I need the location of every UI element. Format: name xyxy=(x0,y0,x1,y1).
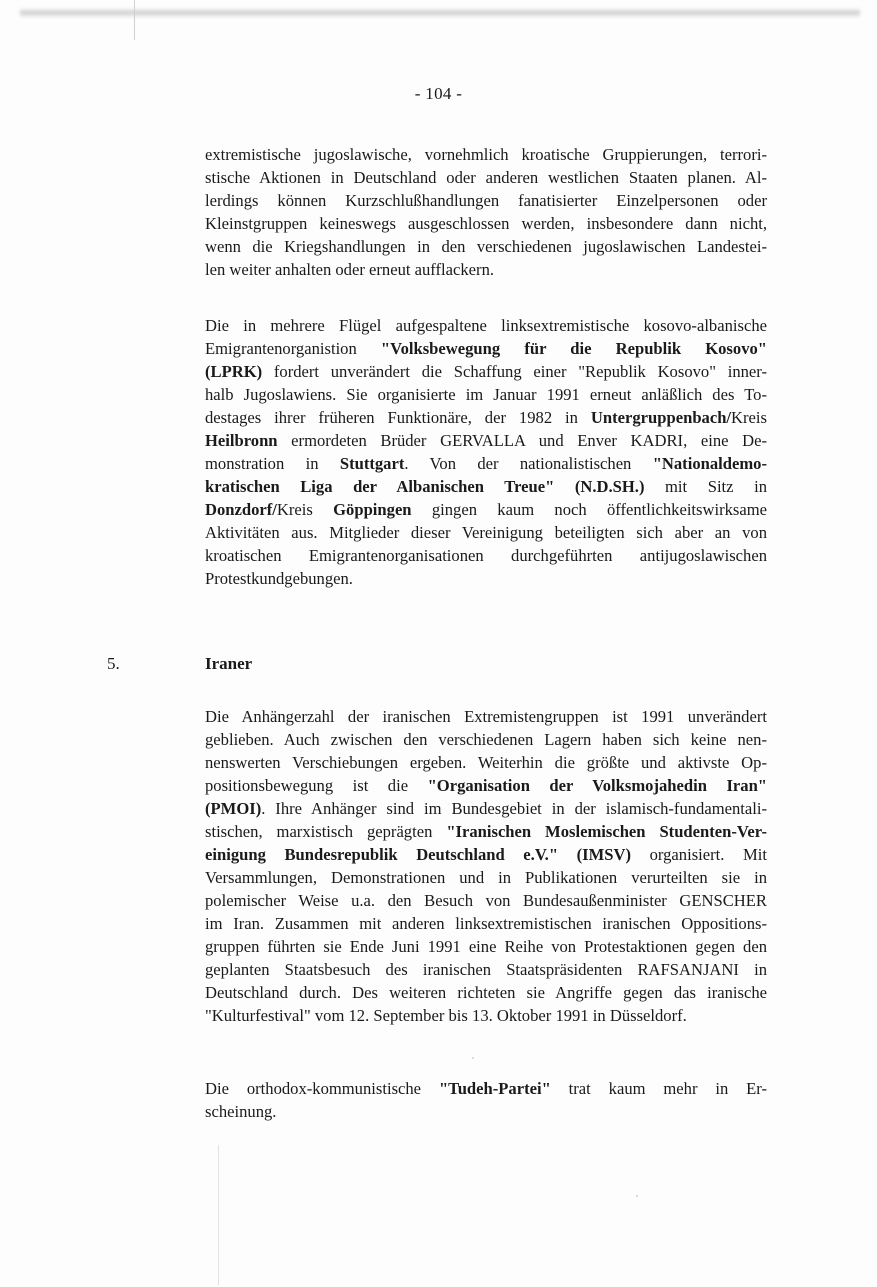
bold-term: "Nationaldemo- xyxy=(653,454,767,473)
text-run: stischen, marxistisch geprägten xyxy=(205,822,446,841)
text-line: kroatischen Emigrantenorganisationen dur… xyxy=(205,544,767,567)
text-line: (PMOI). Ihre Anhänger sind im Bundesgebi… xyxy=(205,797,767,820)
text-run: nenswerten Verschiebungen ergeben. Weite… xyxy=(205,753,767,772)
bold-term: Heilbronn xyxy=(205,431,278,450)
text-run: polemischer Weise u.a. den Besuch von Bu… xyxy=(205,891,767,910)
bold-term: "Iranischen Moslemischen Studenten-Ver- xyxy=(446,822,767,841)
text-line: Emigrantenorganistion "Volksbewegung für… xyxy=(205,337,767,360)
scan-artifact-line xyxy=(134,0,135,40)
section-number: 5. xyxy=(107,654,120,674)
text-run: monstration in xyxy=(205,454,340,473)
text-line: geplanten Staatsbesuch des iranischen St… xyxy=(205,958,767,981)
paragraph-yugoslav-groups: extremistische jugoslawische, vornehmlic… xyxy=(205,143,767,281)
text-run: Versammlungen, Demonstrationen und in Pu… xyxy=(205,868,767,887)
paragraph-kosovo-albanian: Die in mehrere Flügel aufgespaltene link… xyxy=(205,314,767,590)
text-run: Kreis xyxy=(277,500,333,519)
text-line: scheinung. xyxy=(205,1100,767,1123)
text-run: fordert unverändert die Schaffung einer … xyxy=(262,362,767,381)
text-run: halb Jugoslawiens. Sie organisierte im J… xyxy=(205,385,767,404)
text-run: gingen kaum noch öffentlichkeitswirksame xyxy=(412,500,767,519)
text-run: . Ihre Anhänger sind im Bundesgebiet in … xyxy=(261,799,767,818)
text-run: ermordeten Brüder GERVALLA und Enver KAD… xyxy=(278,431,767,450)
text-line: Donzdorf/Kreis Göppingen gingen kaum noc… xyxy=(205,498,767,521)
text-line: geblieben. Auch zwischen den verschieden… xyxy=(205,728,767,751)
text-run: extremistische jugoslawische, vornehmlic… xyxy=(205,145,767,164)
text-run: destages ihrer früheren Funktionäre, der… xyxy=(205,408,591,427)
bold-term: einigung Bundesrepublik Deutschland e.V.… xyxy=(205,845,631,864)
text-line: Protestkundgebungen. xyxy=(205,567,767,590)
text-line: monstration in Stuttgart. Von der nation… xyxy=(205,452,767,475)
text-run: Die in mehrere Flügel aufgespaltene link… xyxy=(205,316,767,335)
bold-term: "Tudeh-Partei" xyxy=(439,1079,551,1098)
bold-term: (PMOI) xyxy=(205,799,261,818)
page-number: - 104 - xyxy=(0,84,877,104)
scan-speck xyxy=(636,1195,638,1197)
text-line: lerdings können Kurzschlußhandlungen fan… xyxy=(205,189,767,212)
text-line: stische Aktionen in Deutschland oder and… xyxy=(205,166,767,189)
text-line: wenn die Kriegshandlungen in den verschi… xyxy=(205,235,767,258)
text-line: extremistische jugoslawische, vornehmlic… xyxy=(205,143,767,166)
text-run: Die orthodox-kommunistische xyxy=(205,1079,439,1098)
text-line: stischen, marxistisch geprägten "Iranisc… xyxy=(205,820,767,843)
text-run: len weiter anhalten oder erneut aufflack… xyxy=(205,260,494,279)
text-run: organisiert. Mit xyxy=(631,845,767,864)
text-run: positionsbewegung ist die xyxy=(205,776,428,795)
text-run: geblieben. Auch zwischen den verschieden… xyxy=(205,730,767,749)
scan-artifact-line xyxy=(218,1145,219,1285)
text-line: "Kulturfestival" vom 12. September bis 1… xyxy=(205,1004,767,1027)
text-run: Kreis xyxy=(731,408,767,427)
text-line: Die orthodox-kommunistische "Tudeh-Parte… xyxy=(205,1077,767,1100)
text-run: im Iran. Zusammen mit anderen linksextre… xyxy=(205,914,767,933)
text-line: Heilbronn ermordeten Brüder GERVALLA und… xyxy=(205,429,767,452)
paragraph-tudeh-party: Die orthodox-kommunistische "Tudeh-Parte… xyxy=(205,1077,767,1123)
text-run: Protestkundgebungen. xyxy=(205,569,353,588)
text-line: (LPRK) fordert unverändert die Schaffung… xyxy=(205,360,767,383)
text-line: Die Anhängerzahl der iranischen Extremis… xyxy=(205,705,767,728)
text-line: len weiter anhalten oder erneut aufflack… xyxy=(205,258,767,281)
text-line: nenswerten Verschiebungen ergeben. Weite… xyxy=(205,751,767,774)
text-line: kratischen Liga der Albanischen Treue" (… xyxy=(205,475,767,498)
text-line: destages ihrer früheren Funktionäre, der… xyxy=(205,406,767,429)
paragraph-iranian-groups: Die Anhängerzahl der iranischen Extremis… xyxy=(205,705,767,1027)
text-run: "Kulturfestival" vom 12. September bis 1… xyxy=(205,1006,687,1025)
text-run: mit Sitz in xyxy=(644,477,767,496)
text-line: Die in mehrere Flügel aufgespaltene link… xyxy=(205,314,767,337)
text-run: stische Aktionen in Deutschland oder and… xyxy=(205,168,767,187)
text-line: gruppen führten sie Ende Juni 1991 eine … xyxy=(205,935,767,958)
text-line: Versammlungen, Demonstrationen und in Pu… xyxy=(205,866,767,889)
bold-term: (LPRK) xyxy=(205,362,262,381)
text-run: geplanten Staatsbesuch des iranischen St… xyxy=(205,960,767,979)
text-run: Deutschland durch. Des weiteren richtete… xyxy=(205,983,767,1002)
bold-term: "Organisation der Volksmojahedin Iran" xyxy=(428,776,767,795)
section-heading: Iraner xyxy=(205,654,252,674)
text-run: lerdings können Kurzschlußhandlungen fan… xyxy=(205,191,767,210)
text-line: einigung Bundesrepublik Deutschland e.V.… xyxy=(205,843,767,866)
bold-term: kratischen Liga der Albanischen Treue" (… xyxy=(205,477,644,496)
bold-term: Untergruppenbach/ xyxy=(591,408,731,427)
text-line: Aktivitäten aus. Mitglieder dieser Verei… xyxy=(205,521,767,544)
text-line: polemischer Weise u.a. den Besuch von Bu… xyxy=(205,889,767,912)
bold-term: Stuttgart xyxy=(340,454,405,473)
text-run: kroatischen Emigrantenorganisationen dur… xyxy=(205,546,767,565)
text-line: Kleinstgruppen keineswegs ausgeschlossen… xyxy=(205,212,767,235)
text-run: scheinung. xyxy=(205,1102,276,1121)
text-run: wenn die Kriegshandlungen in den verschi… xyxy=(205,237,767,256)
bold-term: Donzdorf/ xyxy=(205,500,277,519)
text-run: Emigrantenorganistion xyxy=(205,339,381,358)
bold-term: "Volksbewegung für die Republik Kosovo" xyxy=(381,339,767,358)
text-line: halb Jugoslawiens. Sie organisierte im J… xyxy=(205,383,767,406)
text-run: Aktivitäten aus. Mitglieder dieser Verei… xyxy=(205,523,767,542)
bold-term: Göppingen xyxy=(333,500,411,519)
text-line: im Iran. Zusammen mit anderen linksextre… xyxy=(205,912,767,935)
text-run: . Von der nationalistischen xyxy=(404,454,652,473)
text-line: positionsbewegung ist die "Organisation … xyxy=(205,774,767,797)
text-line: Deutschland durch. Des weiteren richtete… xyxy=(205,981,767,1004)
text-run: Die Anhängerzahl der iranischen Extremis… xyxy=(205,707,767,726)
scan-artifact-top xyxy=(20,8,860,18)
text-run: gruppen führten sie Ende Juni 1991 eine … xyxy=(205,937,767,956)
text-run: Kleinstgruppen keineswegs ausgeschlossen… xyxy=(205,214,767,233)
scan-speck xyxy=(472,1057,474,1059)
text-run: trat kaum mehr in Er- xyxy=(551,1079,767,1098)
